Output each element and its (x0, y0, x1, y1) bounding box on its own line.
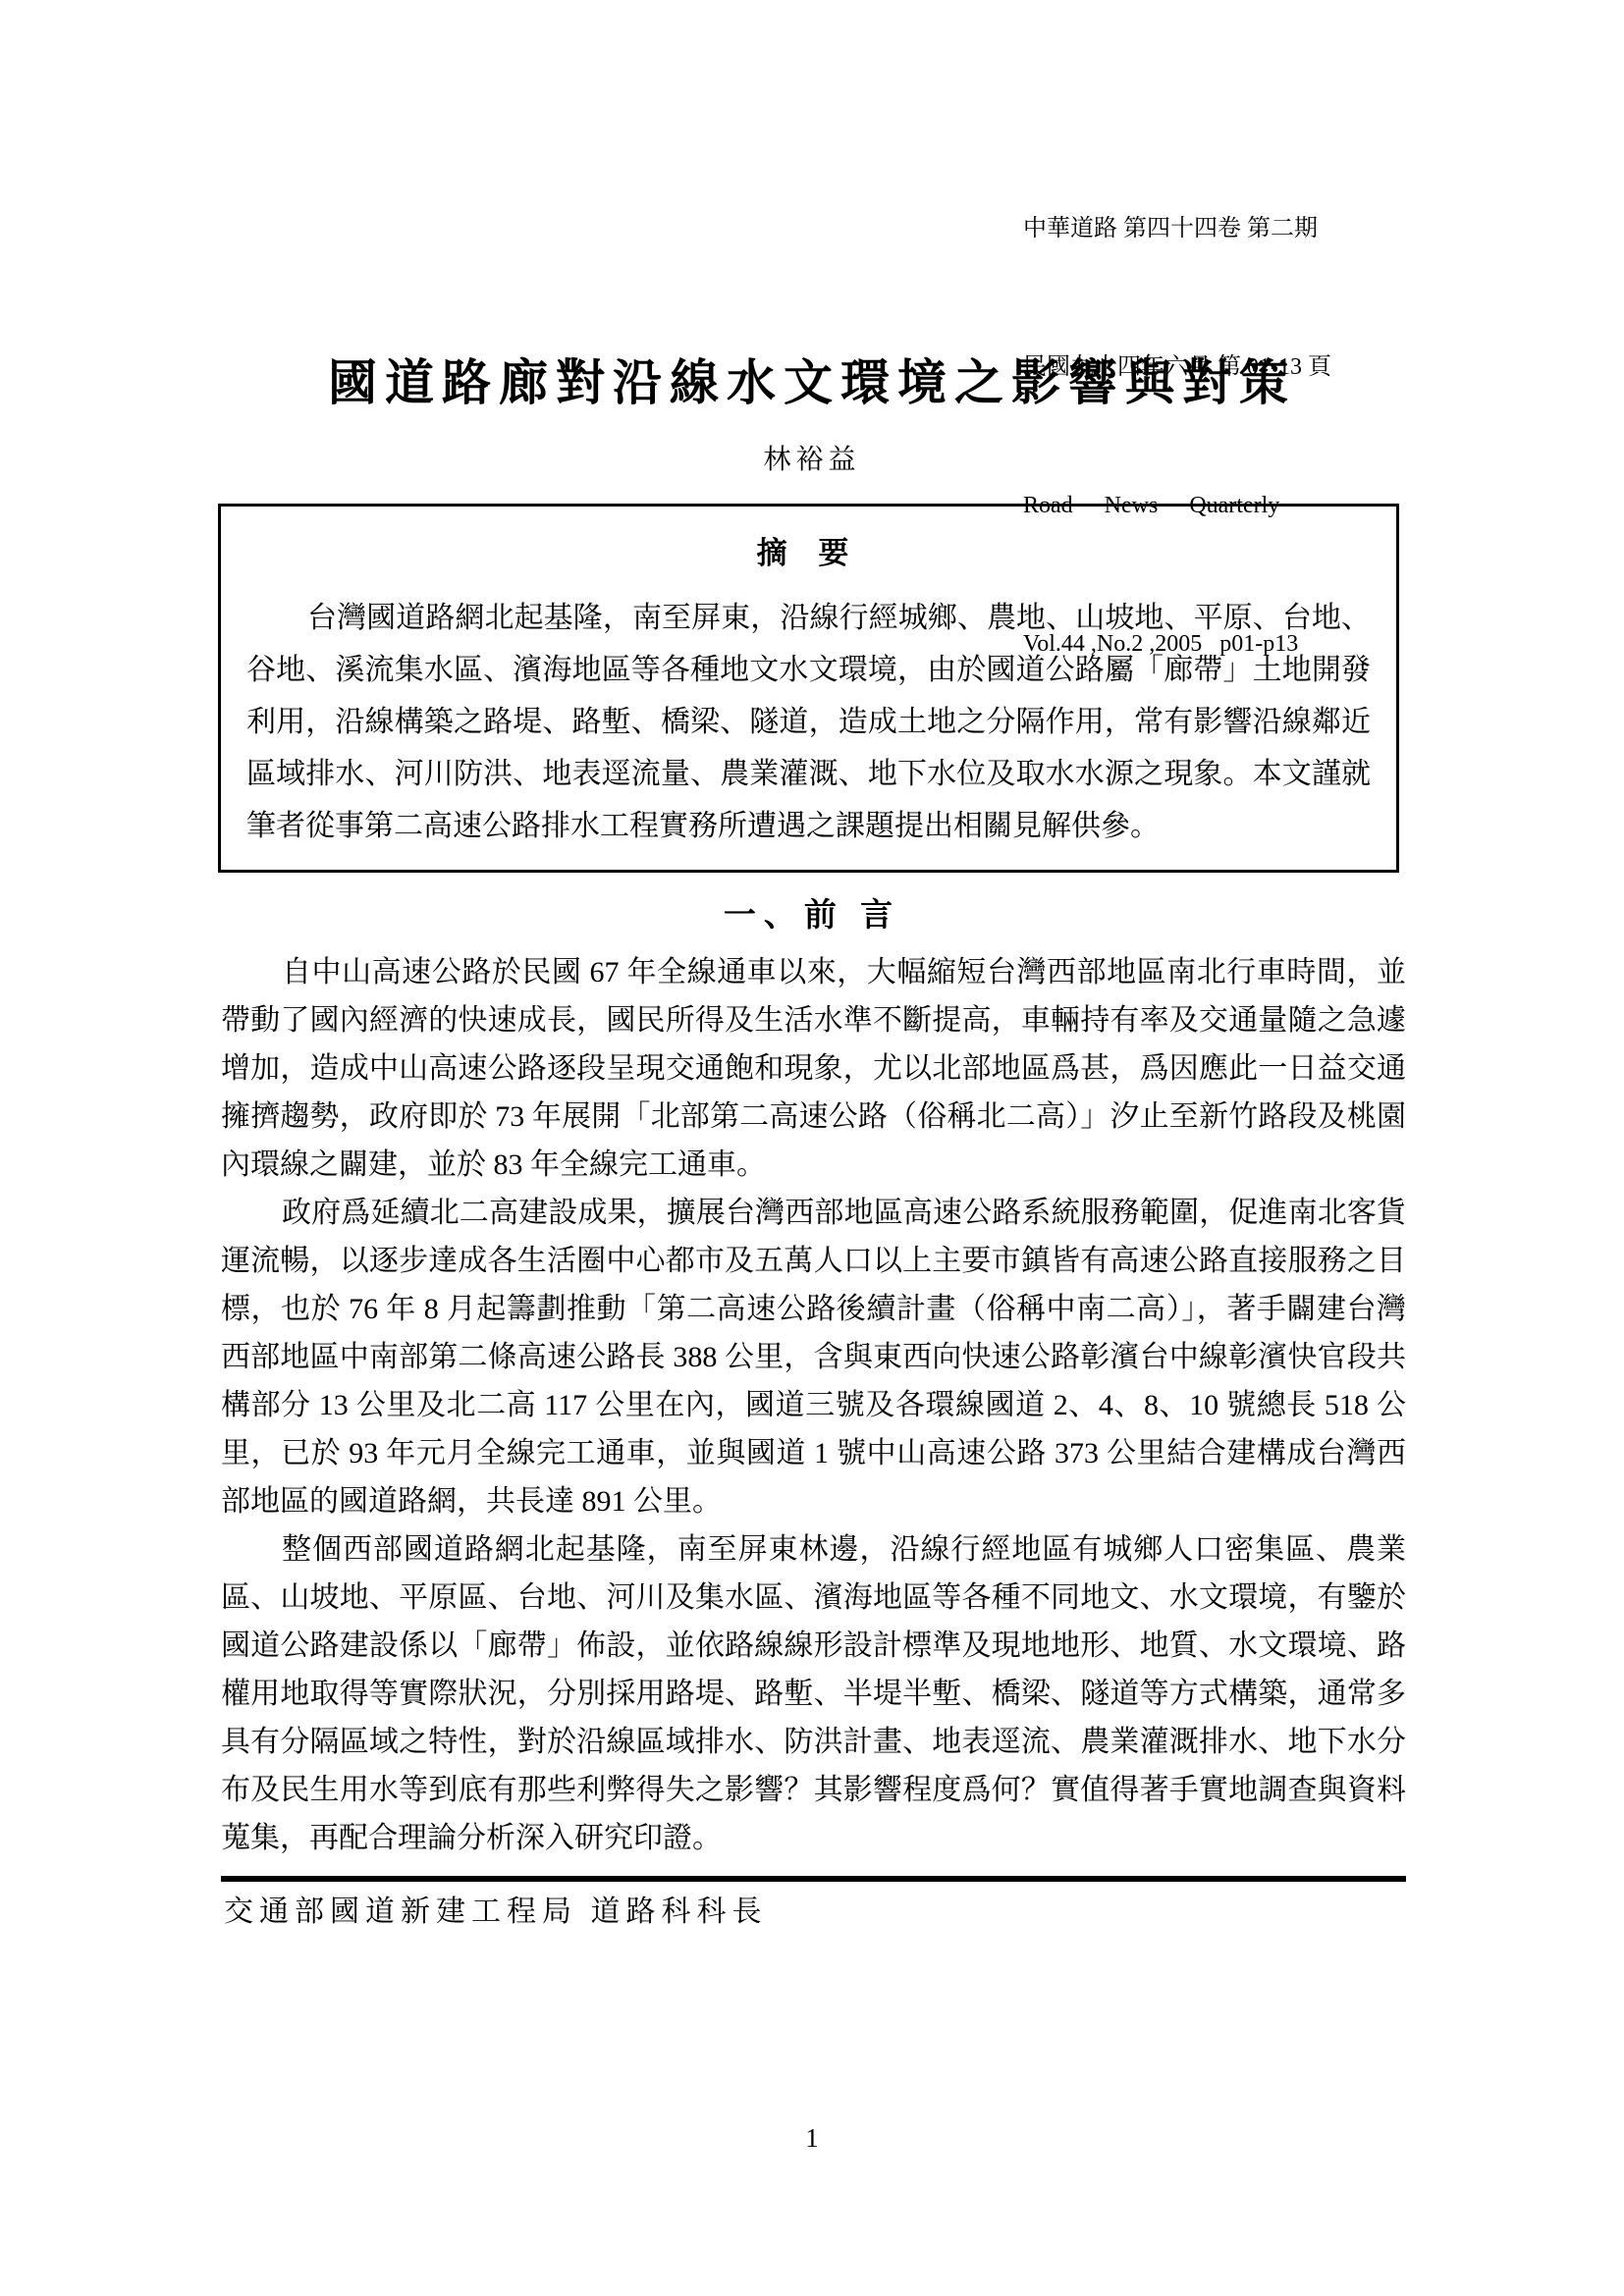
journal-name-volume: 中華道路 第四十四卷 第二期 (1023, 206, 1331, 252)
article-title: 國道路廊對沿線水文環境之影響與對策 (0, 344, 1624, 414)
paragraph-2: 政府爲延續北二高建設成果，擴展台灣西部地區高速公路系統服務範圍，促進南北客貨運流… (221, 1189, 1406, 1525)
author-affiliation-footnote: 交通部國道新建工程局 道路科科長 (224, 1887, 768, 1930)
abstract-heading: 摘 要 (221, 528, 1396, 572)
footnote-separator-line (221, 1876, 1406, 1882)
abstract-body: 台灣國道路網北起基隆，南至屏東，沿線行經城鄉、農地、山坡地、平原、台地、谷地、溪… (246, 592, 1371, 852)
paragraph-1: 自中山高速公路於民國 67 年全線通車以來，大幅縮短台灣西部地區南北行車時間，並… (221, 948, 1406, 1189)
page-number: 1 (0, 2123, 1624, 2154)
introduction-body: 自中山高速公路於民國 67 年全線通車以來，大幅縮短台灣西部地區南北行車時間，並… (221, 948, 1406, 1862)
section-heading-introduction: 一、前 言 (0, 889, 1624, 935)
paragraph-3: 整個西部國道路網北起基隆，南至屏東林邊，沿線行經地區有城鄉人口密集區、農業區、山… (221, 1525, 1406, 1862)
document-page: 中華道路 第四十四卷 第二期 民國九十四年六月 第 01-13 頁 Road N… (0, 0, 1624, 2296)
article-author: 林裕益 (0, 438, 1624, 477)
abstract-box: 摘 要 台灣國道路網北起基隆，南至屏東，沿線行經城鄉、農地、山坡地、平原、台地、… (218, 504, 1399, 873)
